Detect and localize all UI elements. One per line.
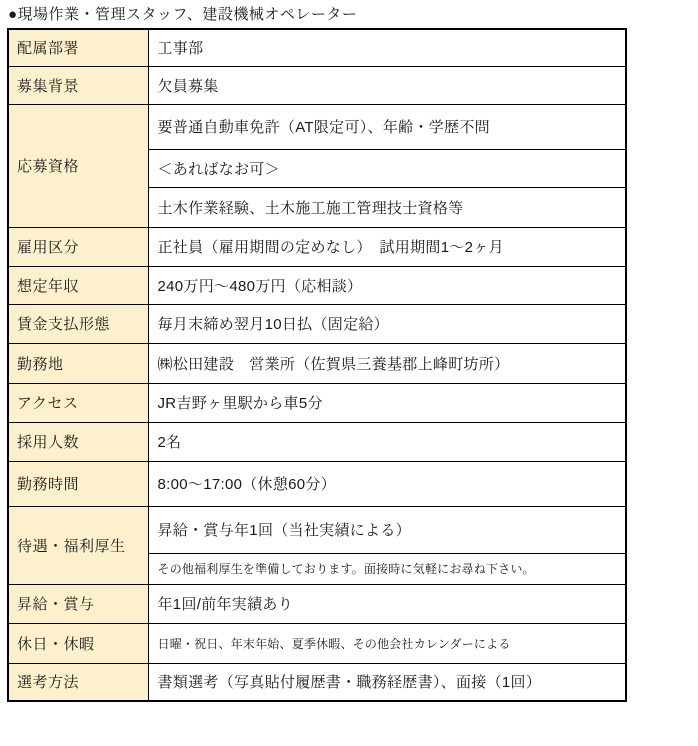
job-details-table: 配属部署工事部募集背景欠員募集応募資格要普通自動車免許（AT限定可）、年齢・学歴… [7,28,627,702]
field-label-cell: 待遇・福利厚生 [8,506,148,584]
field-value-cell: JR吉野ヶ里駅から車5分 [148,383,626,422]
field-value-cell: 毎月末締め翌月10日払（固定給） [148,304,626,343]
field-value-cell: 日曜・祝日、年末年始、夏季休暇、その他会社カレンダーによる [148,623,626,663]
field-label-cell: 想定年収 [8,266,148,304]
table-row: 勤務時間8:00〜17:00（休憩60分） [8,461,626,506]
field-value-cell: 要普通自動車免許（AT限定可）、年齢・学歴不問 [148,104,626,149]
table-row: 賃金支払形態毎月末締め翌月10日払（固定給） [8,304,626,343]
field-value-cell: 正社員（雇用期間の定めなし） 試用期間1〜2ヶ月 [148,227,626,266]
field-label-cell: 募集背景 [8,66,148,104]
table-row: アクセスJR吉野ヶ里駅から車5分 [8,383,626,422]
table-row: 応募資格要普通自動車免許（AT限定可）、年齢・学歴不問 [8,104,626,149]
field-value-cell: ＜あればなお可＞ [148,149,626,187]
table-row: 採用人数2名 [8,422,626,461]
field-value-cell: ㈱松田建設 営業所（佐賀県三養基郡上峰町坊所） [148,343,626,383]
field-label-cell: 配属部署 [8,29,148,66]
field-label-cell: 休日・休暇 [8,623,148,663]
field-value-cell: 工事部 [148,29,626,66]
field-value-cell: 土木作業経験、土木施工施工管理技士資格等 [148,187,626,227]
page-title: ●現場作業・管理スタッフ、建設機械オペレーター [8,5,698,25]
field-value-cell: 書類選考（写真貼付履歴書・職務経歴書）、面接（1回） [148,663,626,701]
field-value-cell: 2名 [148,422,626,461]
field-label-cell: 選考方法 [8,663,148,701]
field-label-cell: 勤務時間 [8,461,148,506]
table-row: 待遇・福利厚生昇給・賞与年1回（当社実績による） [8,506,626,553]
field-value-cell: 8:00〜17:00（休憩60分） [148,461,626,506]
field-label-cell: 勤務地 [8,343,148,383]
job-posting-page: ●現場作業・管理スタッフ、建設機械オペレーター 配属部署工事部募集背景欠員募集応… [0,0,698,746]
table-row: 募集背景欠員募集 [8,66,626,104]
field-label-cell: 応募資格 [8,104,148,227]
table-row: 選考方法書類選考（写真貼付履歴書・職務経歴書）、面接（1回） [8,663,626,701]
field-label-cell: 賃金支払形態 [8,304,148,343]
field-value-cell: その他福利厚生を準備しております。面接時に気軽にお尋ね下さい。 [148,553,626,584]
table-row: 雇用区分正社員（雇用期間の定めなし） 試用期間1〜2ヶ月 [8,227,626,266]
field-label-cell: アクセス [8,383,148,422]
field-label-cell: 昇給・賞与 [8,584,148,623]
field-value-cell: 年1回/前年実績あり [148,584,626,623]
field-label-cell: 採用人数 [8,422,148,461]
table-row: 想定年収240万円〜480万円（応相談） [8,266,626,304]
field-label-cell: 雇用区分 [8,227,148,266]
field-value-cell: 欠員募集 [148,66,626,104]
table-row: 勤務地㈱松田建設 営業所（佐賀県三養基郡上峰町坊所） [8,343,626,383]
field-value-cell: 昇給・賞与年1回（当社実績による） [148,506,626,553]
table-row: 配属部署工事部 [8,29,626,66]
table-row: 休日・休暇日曜・祝日、年末年始、夏季休暇、その他会社カレンダーによる [8,623,626,663]
field-value-cell: 240万円〜480万円（応相談） [148,266,626,304]
table-row: 昇給・賞与年1回/前年実績あり [8,584,626,623]
